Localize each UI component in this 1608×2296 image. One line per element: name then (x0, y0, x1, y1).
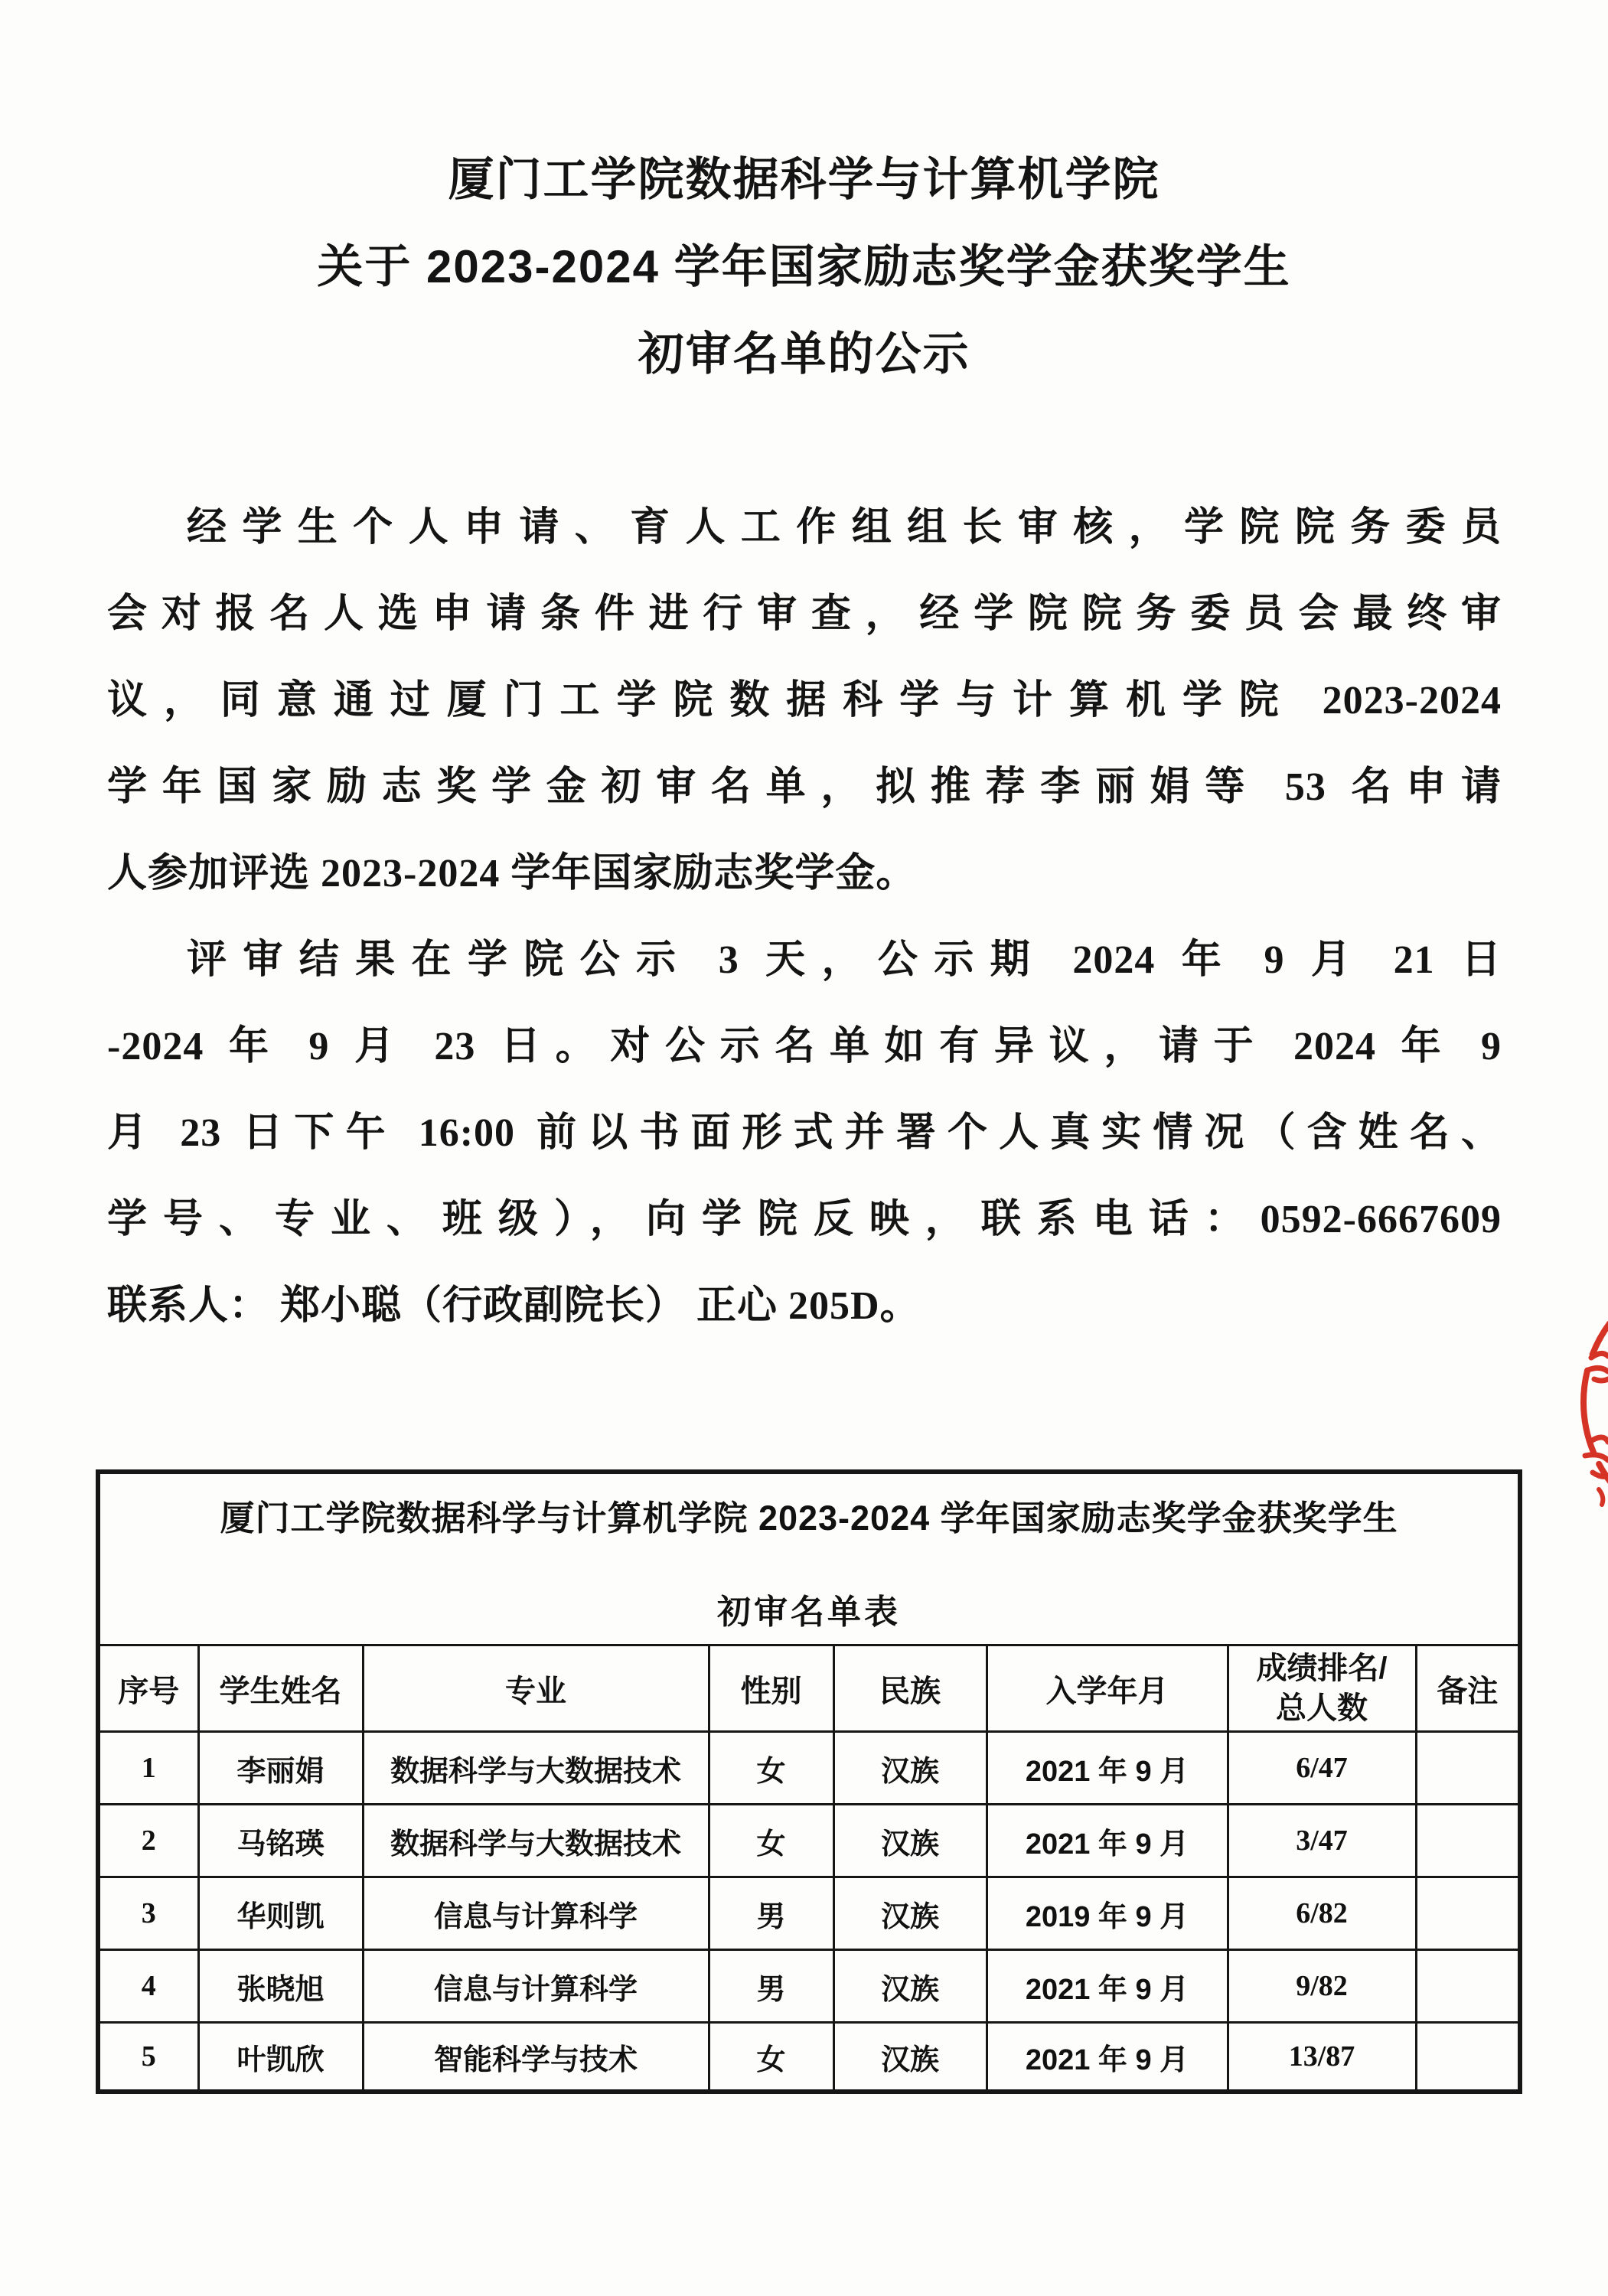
cell-name: 叶凯欣 (198, 2023, 363, 2092)
cell-enroll: 2019 年 9 月 (987, 1877, 1228, 1950)
cell-ethnicity: 汉族 (833, 1805, 987, 1877)
header-note: 备注 (1416, 1645, 1520, 1732)
cell-gender: 女 (709, 1732, 833, 1805)
cell-rank: 6/82 (1228, 1877, 1416, 1950)
cell-note (1416, 1732, 1520, 1805)
cell-name: 李丽娟 (198, 1732, 363, 1805)
header-gender: 性别 (709, 1645, 833, 1732)
cell-rank: 6/47 (1228, 1732, 1416, 1805)
cell-note (1416, 2023, 1520, 2092)
cell-enroll: 2021 年 9 月 (987, 1950, 1228, 2023)
cell-seq: 1 (98, 1732, 198, 1805)
table-title-row: 厦门工学院数据科学与计算机学院 2023-2024 学年国家励志奖学金获奖学生 … (98, 1472, 1520, 1645)
header-name: 学生姓名 (198, 1645, 363, 1732)
paragraph1-line: 经学生个人申请、育人工作组组长审核，学院院务委员 (107, 484, 1502, 571)
roster-table: 厦门工学院数据科学与计算机学院 2023-2024 学年国家励志奖学金获奖学生 … (96, 1469, 1522, 2094)
header-major: 专业 (363, 1645, 709, 1732)
header-enroll: 入学年月 (987, 1645, 1228, 1732)
header-seq: 序号 (98, 1645, 198, 1732)
cell-name: 华则凯 (198, 1877, 363, 1950)
document-page: 厦门工学院数据科学与计算机学院 关于 2023-2024 学年国家励志奖学金获奖… (0, 0, 1608, 2296)
seal-glyph-fragment (1588, 1353, 1608, 1381)
paragraph2-line: 月 23 日下午 16:00 前以书面形式并署个人真实情况（含姓名、 (107, 1090, 1502, 1176)
paragraph1-line: 人参加评选 2023-2024 学年国家励志奖学金。 (107, 830, 1502, 917)
cell-major: 信息与计算科学 (363, 1950, 709, 2023)
cell-seq: 4 (98, 1950, 198, 2023)
official-seal-stamp (1551, 1292, 1608, 1515)
cell-gender: 女 (709, 2023, 833, 2092)
paragraph1-line: 会对报名人选申请条件进行审查，经学院院务委员会最终审 (107, 571, 1502, 657)
document-title-line-2: 关于 2023-2024 学年国家励志奖学金获奖学生 (0, 223, 1608, 311)
paragraph1-line: 议，同意通过厦门工学院数据科学与计算机学院 2023-2024 (107, 657, 1502, 744)
cell-name: 马铭瑛 (198, 1805, 363, 1877)
cell-rank: 13/87 (1228, 2023, 1416, 2092)
cell-note (1416, 1877, 1520, 1950)
paragraph2-line: 学号、专业、班级），向学院反映，联系电话：0592-6667609 (107, 1176, 1502, 1263)
table-row: 2 马铭瑛 数据科学与大数据技术 女 汉族 2021 年 9 月 3/47 (98, 1805, 1520, 1877)
table-row: 1 李丽娟 数据科学与大数据技术 女 汉族 2021 年 9 月 6/47 (98, 1732, 1520, 1805)
cell-gender: 女 (709, 1805, 833, 1877)
cell-ethnicity: 汉族 (833, 2023, 987, 2092)
paragraph1-line: 学年国家励志奖学金初审名单，拟推荐李丽娟等 53 名申请 (107, 744, 1502, 830)
table-row: 5 叶凯欣 智能科学与技术 女 汉族 2021 年 9 月 13/87 (98, 2023, 1520, 2092)
table-title-line-2: 初审名单表 (100, 1584, 1518, 1633)
cell-gender: 男 (709, 1950, 833, 2023)
table-row: 3 华则凯 信息与计算科学 男 汉族 2019 年 9 月 6/82 (98, 1877, 1520, 1950)
document-title: 厦门工学院数据科学与计算机学院 关于 2023-2024 学年国家励志奖学金获奖… (0, 136, 1608, 398)
table-row: 4 张晓旭 信息与计算科学 男 汉族 2021 年 9 月 9/82 (98, 1950, 1520, 2023)
cell-name: 张晓旭 (198, 1950, 363, 2023)
seal-graphic (1551, 1292, 1608, 1515)
paragraph2-line: 联系人： 郑小聪（行政副院长） 正心 205D。 (107, 1263, 1502, 1349)
document-title-line-1: 厦门工学院数据科学与计算机学院 (0, 136, 1608, 223)
paragraph2-line: -2024 年 9 月 23 日。对公示名单如有异议，请于 2024 年 9 (107, 1003, 1502, 1090)
table-title-cell: 厦门工学院数据科学与计算机学院 2023-2024 学年国家励志奖学金获奖学生 … (98, 1472, 1520, 1645)
cell-major: 数据科学与大数据技术 (363, 1732, 709, 1805)
cell-note (1416, 1950, 1520, 2023)
cell-enroll: 2021 年 9 月 (987, 2023, 1228, 2092)
roster-table-container: 厦门工学院数据科学与计算机学院 2023-2024 学年国家励志奖学金获奖学生 … (96, 1469, 1522, 2094)
seal-arc (1584, 1292, 1608, 1515)
header-ethnicity: 民族 (833, 1645, 987, 1732)
paragraph2-line: 评审结果在学院公示 3 天，公示期 2024 年 9 月 21 日 (107, 917, 1502, 1003)
cell-seq: 2 (98, 1805, 198, 1877)
cell-enroll: 2021 年 9 月 (987, 1732, 1228, 1805)
cell-rank: 9/82 (1228, 1950, 1416, 2023)
body-paragraphs: 经学生个人申请、育人工作组组长审核，学院院务委员 会对报名人选申请条件进行审查，… (107, 484, 1502, 1349)
cell-note (1416, 1805, 1520, 1877)
cell-major: 数据科学与大数据技术 (363, 1805, 709, 1877)
cell-rank: 3/47 (1228, 1805, 1416, 1877)
cell-ethnicity: 汉族 (833, 1877, 987, 1950)
seal-glyph-fragment (1599, 1489, 1603, 1505)
table-title-line-1: 厦门工学院数据科学与计算机学院 2023-2024 学年国家励志奖学金获奖学生 (100, 1490, 1518, 1540)
table-header-row: 序号 学生姓名 专业 性别 民族 入学年月 成绩排名/ 总人数 备注 (98, 1645, 1520, 1732)
cell-ethnicity: 汉族 (833, 1950, 987, 2023)
document-title-line-3: 初审名单的公示 (0, 311, 1608, 398)
header-rank: 成绩排名/ 总人数 (1228, 1645, 1416, 1732)
cell-seq: 5 (98, 2023, 198, 2092)
cell-seq: 3 (98, 1877, 198, 1950)
cell-major: 智能科学与技术 (363, 2023, 709, 2092)
cell-major: 信息与计算科学 (363, 1877, 709, 1950)
cell-enroll: 2021 年 9 月 (987, 1805, 1228, 1877)
cell-ethnicity: 汉族 (833, 1732, 987, 1805)
cell-gender: 男 (709, 1877, 833, 1950)
